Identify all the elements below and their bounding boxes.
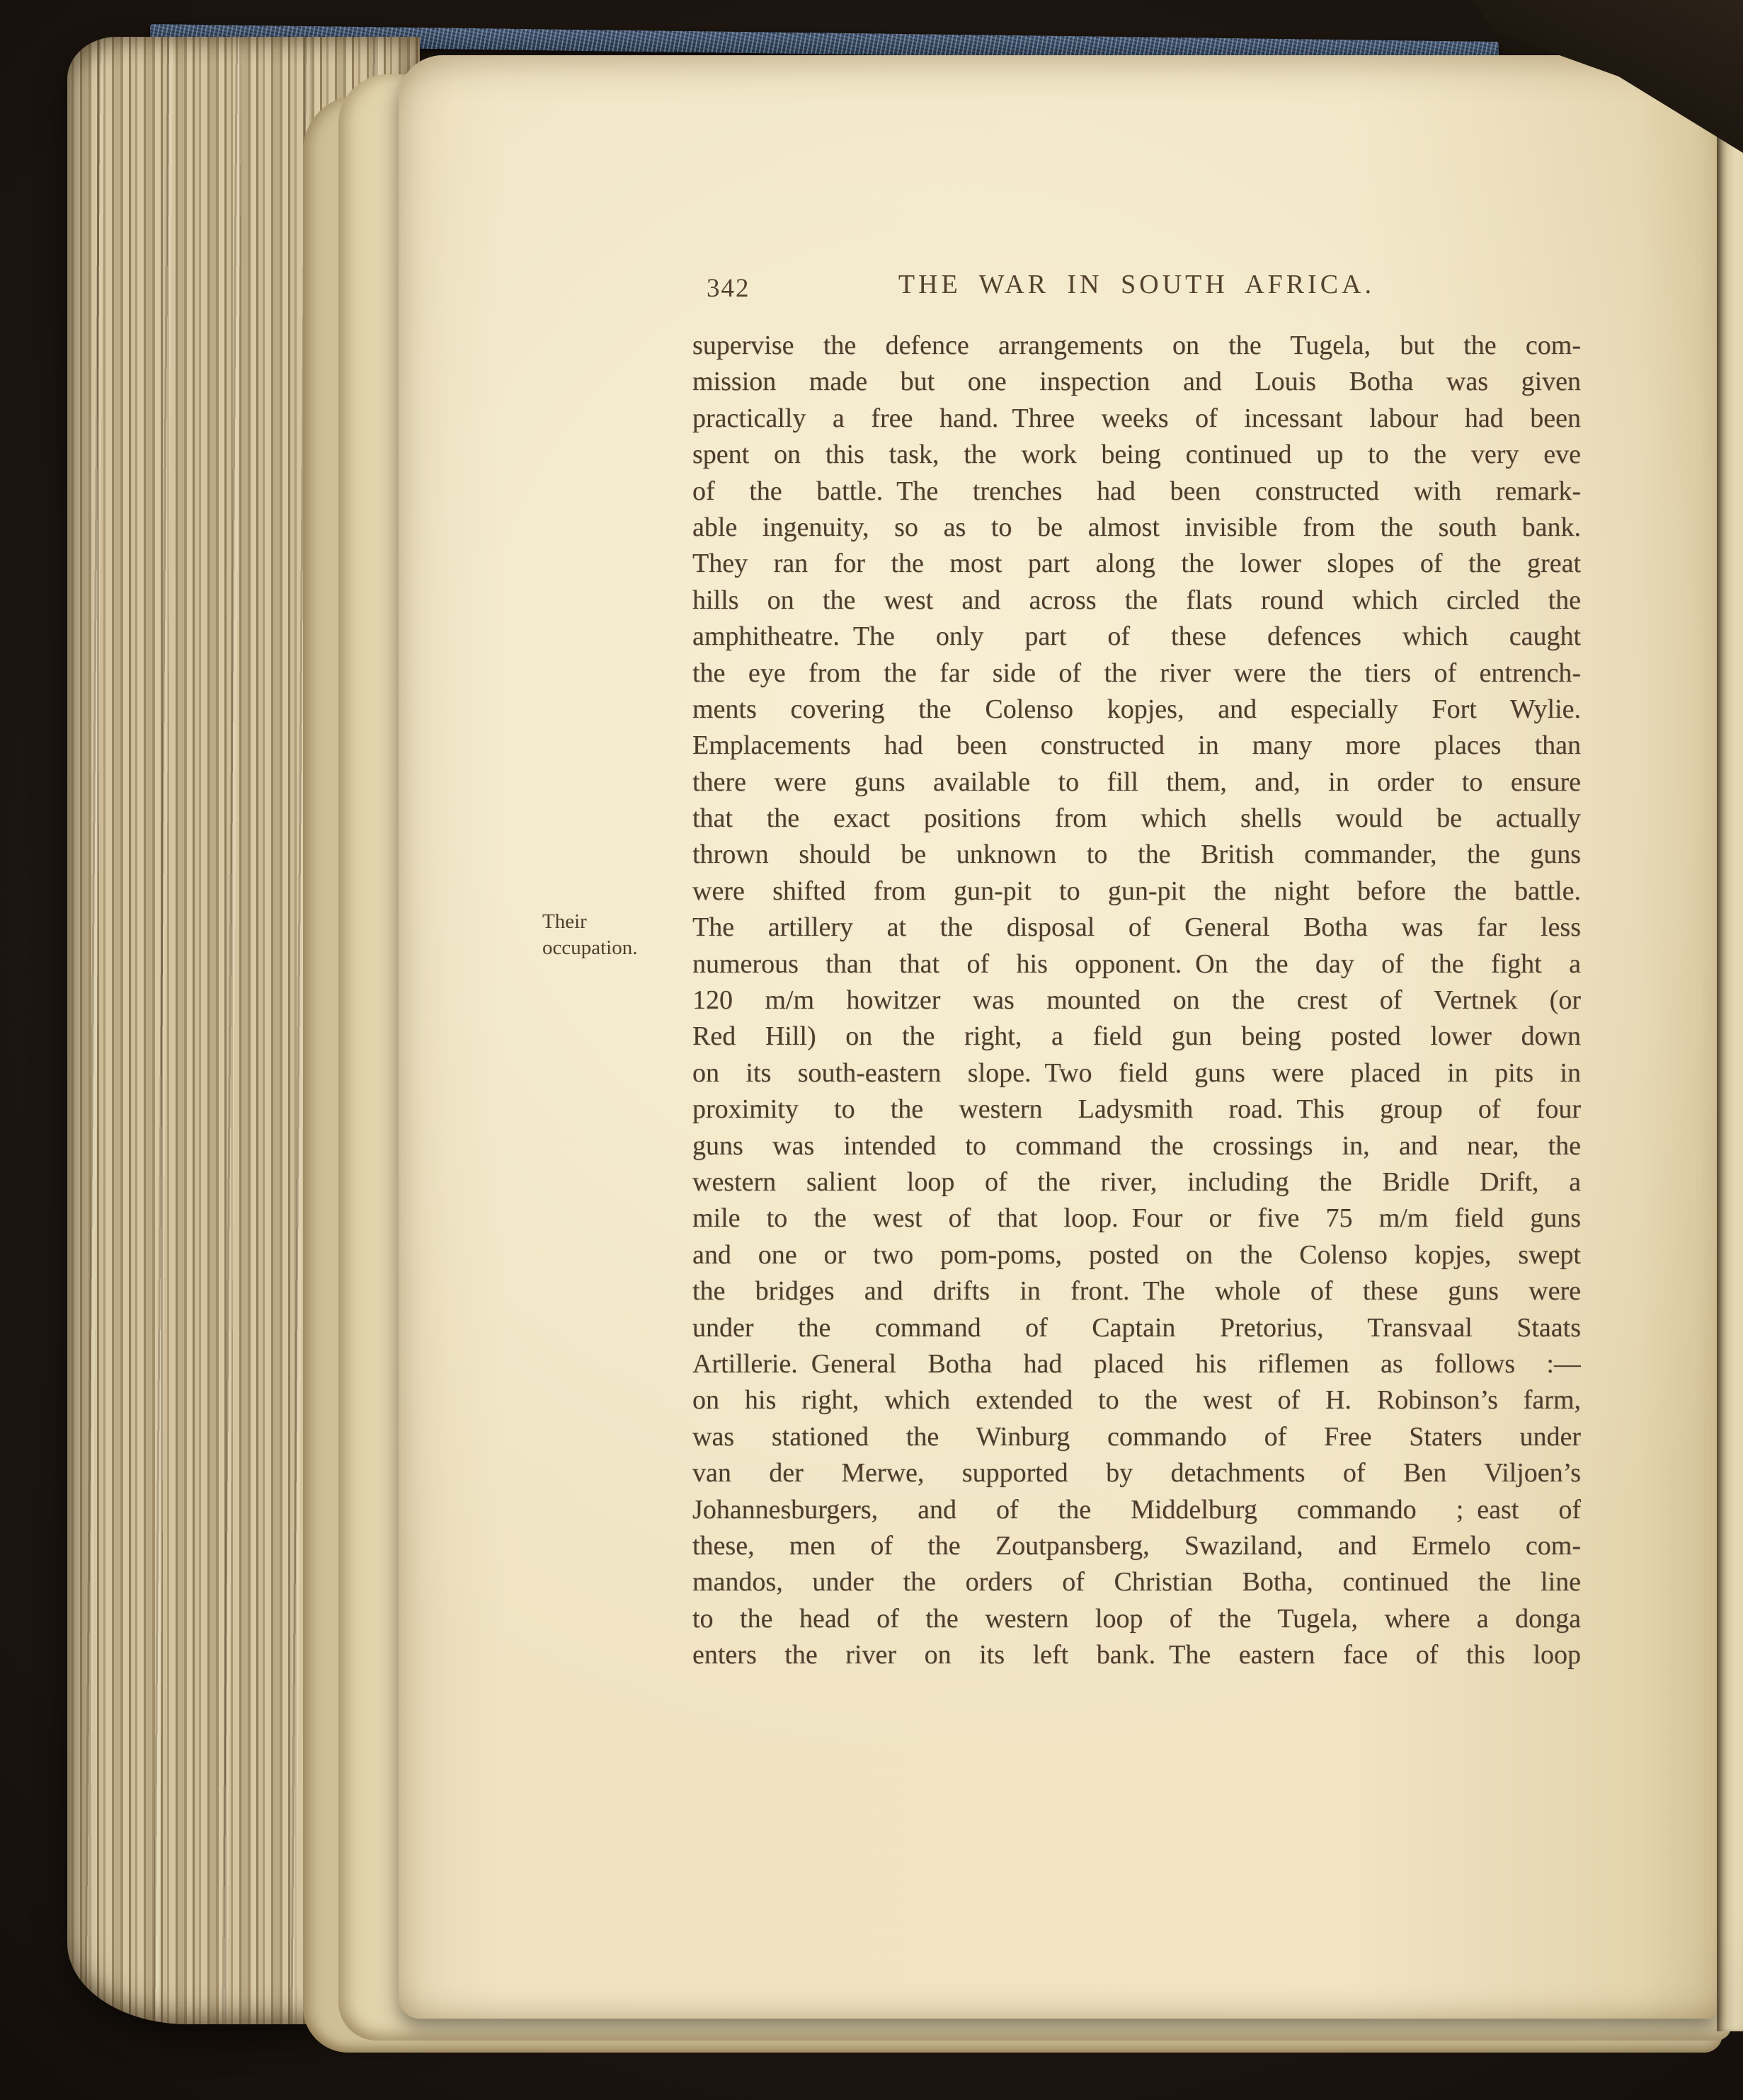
text-line: that the exact positions from which shel… [692,801,1581,837]
text-line: thrown should be unknown to the British … [692,837,1581,873]
book-photo: 342 THE WAR IN SOUTH AFRICA. Their occup… [0,0,1743,2100]
book-page: 342 THE WAR IN SOUTH AFRICA. Their occup… [399,55,1717,2019]
text-line: under the command of Captain Pretorius, … [692,1310,1581,1346]
text-line: Johannesburgers, and of the Middelburg c… [692,1492,1581,1528]
text-line: the eye from the far side of the river w… [692,655,1581,692]
text-line: proximity to the western Ladysmith road.… [692,1091,1581,1128]
text-line: mission made but one inspection and Loui… [692,364,1581,400]
text-line: numerous than that of his opponent. On t… [692,946,1581,982]
text-line: the bridges and drifts in front. The who… [692,1273,1581,1309]
text-line: these, men of the Zoutpansberg, Swazilan… [692,1528,1581,1564]
text-line: and one or two pom-poms, posted on the C… [692,1237,1581,1273]
text-line: there were guns available to fill them, … [692,764,1581,801]
text-line: of the battle. The trenches had been con… [692,474,1581,510]
body-text: supervise the defence arrangements on th… [692,328,1581,1673]
text-line: was stationed the Winburg commando of Fr… [692,1419,1581,1455]
text-line: They ran for the most part along the low… [692,546,1581,582]
text-line: 120 m/m howitzer was mounted on the cres… [692,982,1581,1019]
text-line: spent on this task, the work being conti… [692,437,1581,473]
margin-note-line: Their [542,909,687,935]
page-header: 342 THE WAR IN SOUTH AFRICA. [692,268,1581,311]
margin-note: Their occupation. [542,909,687,961]
text-line: on its south-eastern slope. Two field gu… [692,1055,1581,1091]
text-line: enters the river on its left bank. The e… [692,1637,1581,1673]
text-line: Emplacements had been constructed in man… [692,728,1581,764]
text-line: were shifted from gun-pit to gun-pit the… [692,873,1581,910]
text-line: van der Merwe, supported by detachments … [692,1455,1581,1491]
text-line: mile to the west of that loop. Four or f… [692,1200,1581,1237]
text-line: on his right, which extended to the west… [692,1382,1581,1418]
text-line: The artillery at the disposal of General… [692,910,1581,946]
text-line: western salient loop of the river, inclu… [692,1164,1581,1200]
running-title: THE WAR IN SOUTH AFRICA. [692,269,1581,300]
text-line: ments covering the Colenso kopjes, and e… [692,692,1581,728]
text-line: practically a free hand. Three weeks of … [692,401,1581,437]
margin-note-line: occupation. [542,935,687,961]
text-line: Artillerie. General Botha had placed his… [692,1346,1581,1382]
gutter-next-page-edge [1717,86,1743,2031]
text-line: guns was intended to command the crossin… [692,1128,1581,1164]
text-line: hills on the west and across the flats r… [692,583,1581,619]
text-line: supervise the defence arrangements on th… [692,328,1581,364]
text-line: Red Hill) on the right, a field gun bein… [692,1019,1581,1055]
text-line: to the head of the western loop of the T… [692,1601,1581,1637]
text-line: mandos, under the orders of Christian Bo… [692,1564,1581,1600]
text-line: amphitheatre. The only part of these def… [692,619,1581,655]
text-line: able ingenuity, so as to be almost invis… [692,510,1581,546]
